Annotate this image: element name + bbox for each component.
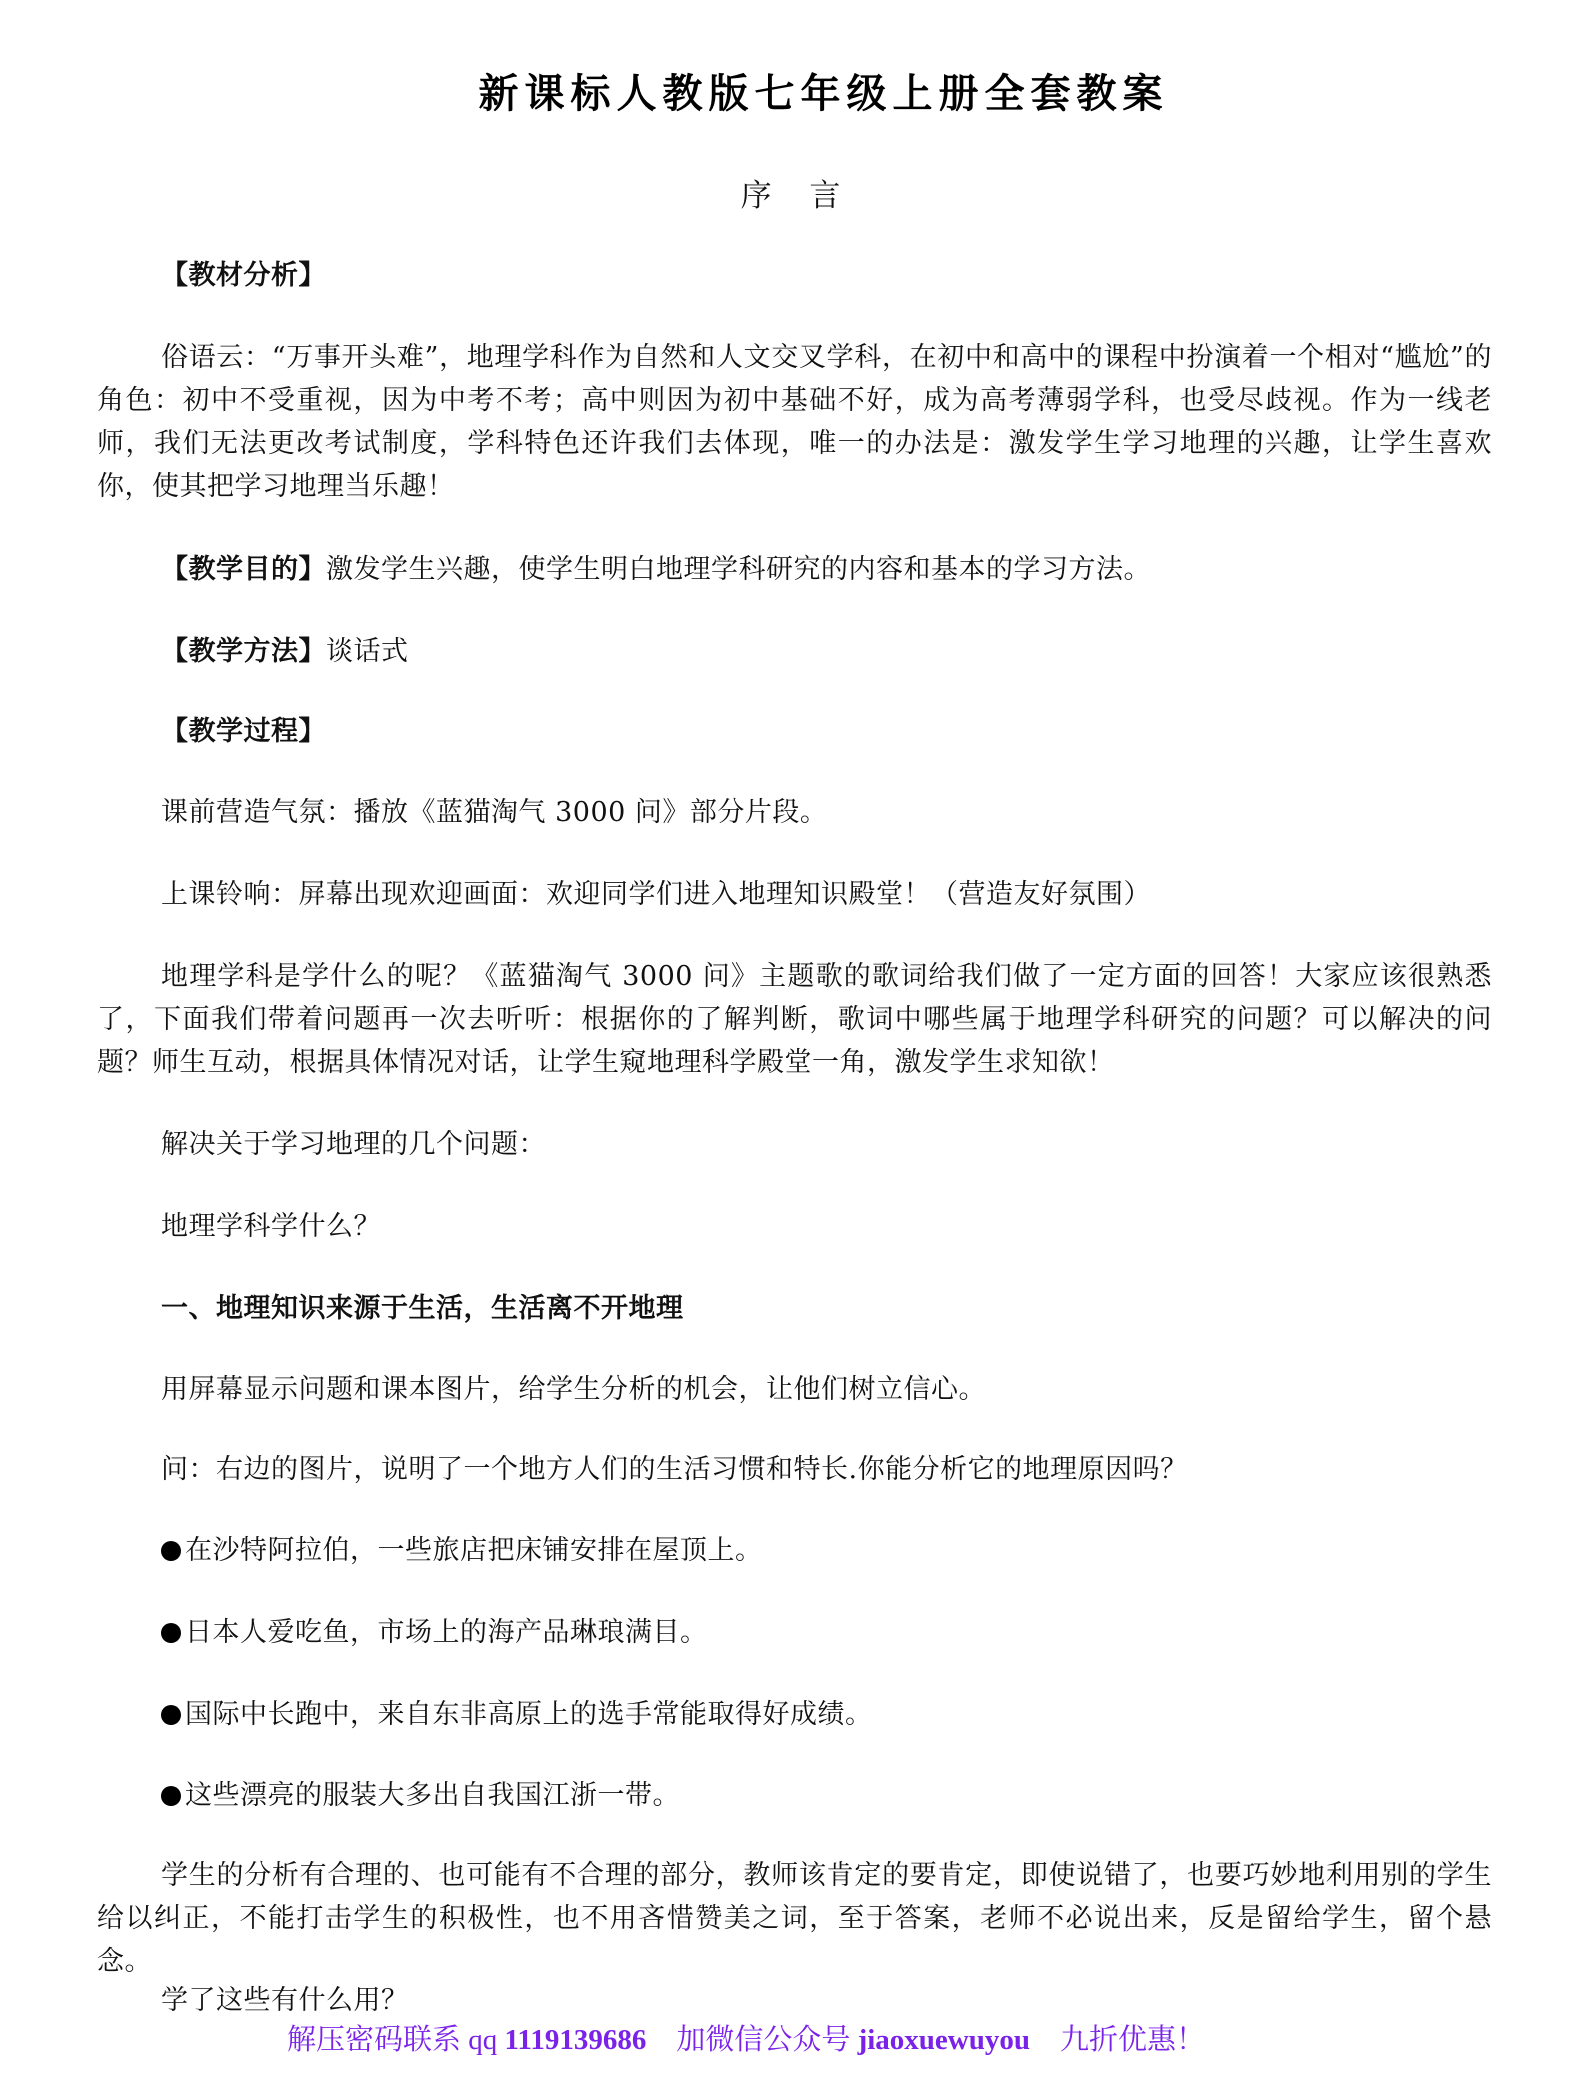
material-analysis-paragraph: 俗语云：“万事开头难”，地理学科作为自然和人文交叉学科，在初中和高中的课程中扮演… [97,336,1492,508]
footer-discount-text: 九折优惠！ [1060,2024,1205,2056]
bullet-text: 这些漂亮的服装大多出自我国江浙一带。 [185,1780,680,1811]
teaching-process-heading: 【教学过程】 [161,710,1492,753]
footer-wechat-text: 加微信公众号 [676,2024,857,2056]
bullet-text: 在沙特阿拉伯，一些旅店把床铺安排在屋顶上。 [185,1535,763,1566]
what-to-learn-text: 地理学科学什么？ [161,1205,1492,1248]
footer-promo: 解压密码联系 qq 1119139686加微信公众号 jiaoxuewuyou九… [287,2019,1205,2061]
what-use-text: 学了这些有什么用？ [161,1979,1492,2022]
bullet-text: 日本人爱吃鱼，市场上的海产品琳琅满目。 [185,1617,708,1648]
document-page: 新课标人教版七年级上册全套教案 序 言 【教材分析】 俗语云：“万事开头难”，地… [0,0,1587,2076]
footer-password-text: 解压密码联系 qq [287,2024,505,2056]
bullet-icon [161,1541,181,1561]
teaching-method: 【教学方法】谈话式 [161,630,1492,673]
bullet-icon [161,1623,181,1643]
footer-qq-number: 1119139686 [505,2024,647,2056]
bullet-text: 国际中长跑中，来自东非高原上的选手常能取得好成绩。 [185,1699,873,1730]
bullet-item: 在沙特阿拉伯，一些旅店把床铺安排在屋顶上。 [161,1529,1492,1572]
question-text: 问：右边的图片，说明了一个地方人们的生活习惯和特长.你能分析它的地理原因吗？ [161,1448,1492,1491]
teaching-method-heading: 【教学方法】 [161,636,326,667]
bullet-item: 日本人爱吃鱼，市场上的海产品琳琅满目。 [161,1611,1492,1654]
bell-text: 上课铃响：屏幕出现欢迎画面：欢迎同学们进入地理知识殿堂！（营造友好氛围） [161,873,1492,916]
pre-class-text: 课前营造气氛：播放《蓝猫淘气 3000 问》部分片段。 [161,791,1492,834]
bullet-item: 国际中长跑中，来自东非高原上的选手常能取得好成绩。 [161,1693,1492,1736]
teaching-method-text: 谈话式 [326,636,409,667]
teaching-goal-text: 激发学生兴趣，使学生明白地理学科研究的内容和基本的学习方法。 [326,554,1151,585]
material-analysis-heading: 【教材分析】 [161,254,1492,297]
point-one-heading: 一、地理知识来源于生活，生活离不开地理 [161,1287,1492,1330]
teaching-goal-heading: 【教学目的】 [161,554,326,585]
document-title: 新课标人教版七年级上册全套教案 [0,62,1587,119]
bullet-icon [161,1786,181,1806]
footer-wechat-id: jiaoxuewuyou [858,2024,1030,2056]
analysis-paragraph: 学生的分析有合理的、也可能有不合理的部分，教师该肯定的要肯定，即使说错了，也要巧… [97,1854,1492,1983]
bullet-item: 这些漂亮的服装大多出自我国江浙一带。 [161,1774,1492,1817]
section-title: 序 言 [0,170,1587,215]
screen-display-text: 用屏幕显示问题和课本图片，给学生分析的机会，让他们树立信心。 [161,1368,1492,1411]
bullet-icon [161,1705,181,1725]
what-is-geography-paragraph: 地理学科是学什么的呢？《蓝猫淘气 3000 问》主题歌的歌词给我们做了一定方面的… [97,955,1492,1084]
solve-questions-text: 解决关于学习地理的几个问题： [161,1123,1492,1166]
teaching-goal: 【教学目的】激发学生兴趣，使学生明白地理学科研究的内容和基本的学习方法。 [161,548,1492,591]
